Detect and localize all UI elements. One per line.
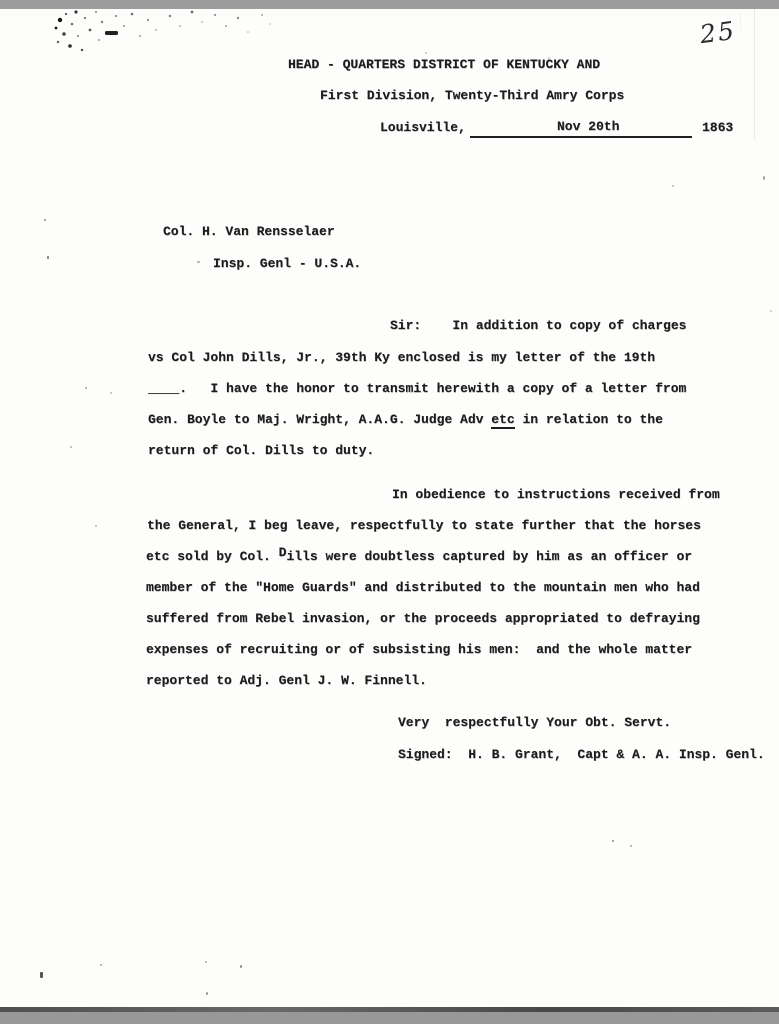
paper-speck	[770, 310, 772, 312]
body-line-text: Gen. Boyle to Maj. Wright, A.A.G. Judge …	[148, 412, 491, 427]
dateline-fill-rule	[470, 136, 692, 138]
paper-speck	[240, 965, 242, 968]
body-line: ____. I have the honor to transmit herew…	[148, 381, 686, 397]
paper-speck	[763, 176, 765, 180]
scan-streak	[754, 9, 755, 139]
letterhead-line1: HEAD - QUARTERS DISTRICT OF KENTUCKY AND	[288, 57, 600, 73]
paper-speck	[100, 964, 102, 966]
scanner-bar-bottom	[0, 1012, 779, 1024]
paper-speck	[70, 446, 72, 448]
body-line: reported to Adj. Genl J. W. Finnell.	[146, 673, 427, 689]
scan-streak	[740, 12, 741, 30]
body-line: Gen. Boyle to Maj. Wright, A.A.G. Judge …	[148, 412, 663, 428]
addressee-title: Insp. Genl - U.S.A.	[213, 256, 361, 272]
paper-speck	[630, 845, 632, 847]
body-line: the General, I beg leave, respectfully t…	[147, 518, 701, 534]
paper-speck	[206, 992, 208, 995]
body-line: vs Col John Dills, Jr., 39th Ky enclosed…	[148, 350, 655, 366]
dateline-place: Louisville,	[380, 120, 466, 136]
paper-speck	[612, 840, 614, 842]
paper-speck	[672, 185, 674, 187]
paper-speck	[44, 219, 46, 221]
body-line-text: etc sold by Col.	[146, 549, 279, 564]
body-line: suffered from Rebel invasion, or the pro…	[146, 611, 700, 627]
dateline-year: 1863	[702, 120, 733, 136]
paper-speck	[110, 392, 112, 394]
paper-speck	[425, 52, 427, 54]
raised-capital: D	[279, 545, 287, 561]
ink-smudge	[52, 6, 282, 64]
body-line-text: ills were doubtless captured by him as a…	[286, 549, 692, 564]
body-line: return of Col. Dills to duty.	[148, 443, 374, 459]
closing-valediction: Very respectfully Your Obt. Servt.	[398, 715, 671, 731]
page-number-handwritten: 25	[698, 16, 737, 49]
paper-speck	[40, 972, 43, 978]
paper-speck	[95, 525, 97, 527]
body-line-text: in relation to the	[515, 412, 663, 427]
letterhead-line2: First Division, Twenty-Third Amry Corps	[320, 88, 624, 104]
body-line: etc sold by Col. Dills were doubtless ca…	[146, 549, 692, 565]
closing-signature: Signed: H. B. Grant, Capt & A. A. Insp. …	[398, 747, 765, 763]
fill-in-blank: ____	[148, 381, 179, 396]
body-line: In obedience to instructions received fr…	[392, 487, 720, 503]
dateline-date: Nov 20th	[557, 119, 619, 135]
body-line: expenses of recruiting or of subsisting …	[146, 642, 692, 658]
body-salutation-line: Sir: In addition to copy of charges	[390, 318, 686, 334]
scanned-letter-page: { "page": { "number_annotation": "25" },…	[0, 0, 779, 1024]
paper-speck	[47, 256, 49, 259]
body-line: member of the "Home Guards" and distribu…	[146, 580, 700, 596]
addressee-name: Col. H. Van Rensselaer	[163, 224, 335, 240]
paper-speck	[197, 261, 200, 263]
paper-speck	[85, 387, 87, 389]
body-line-text: . I have the honor to transmit herewith …	[179, 381, 686, 396]
paper-speck	[205, 961, 207, 963]
underlined-word: etc	[491, 412, 514, 429]
